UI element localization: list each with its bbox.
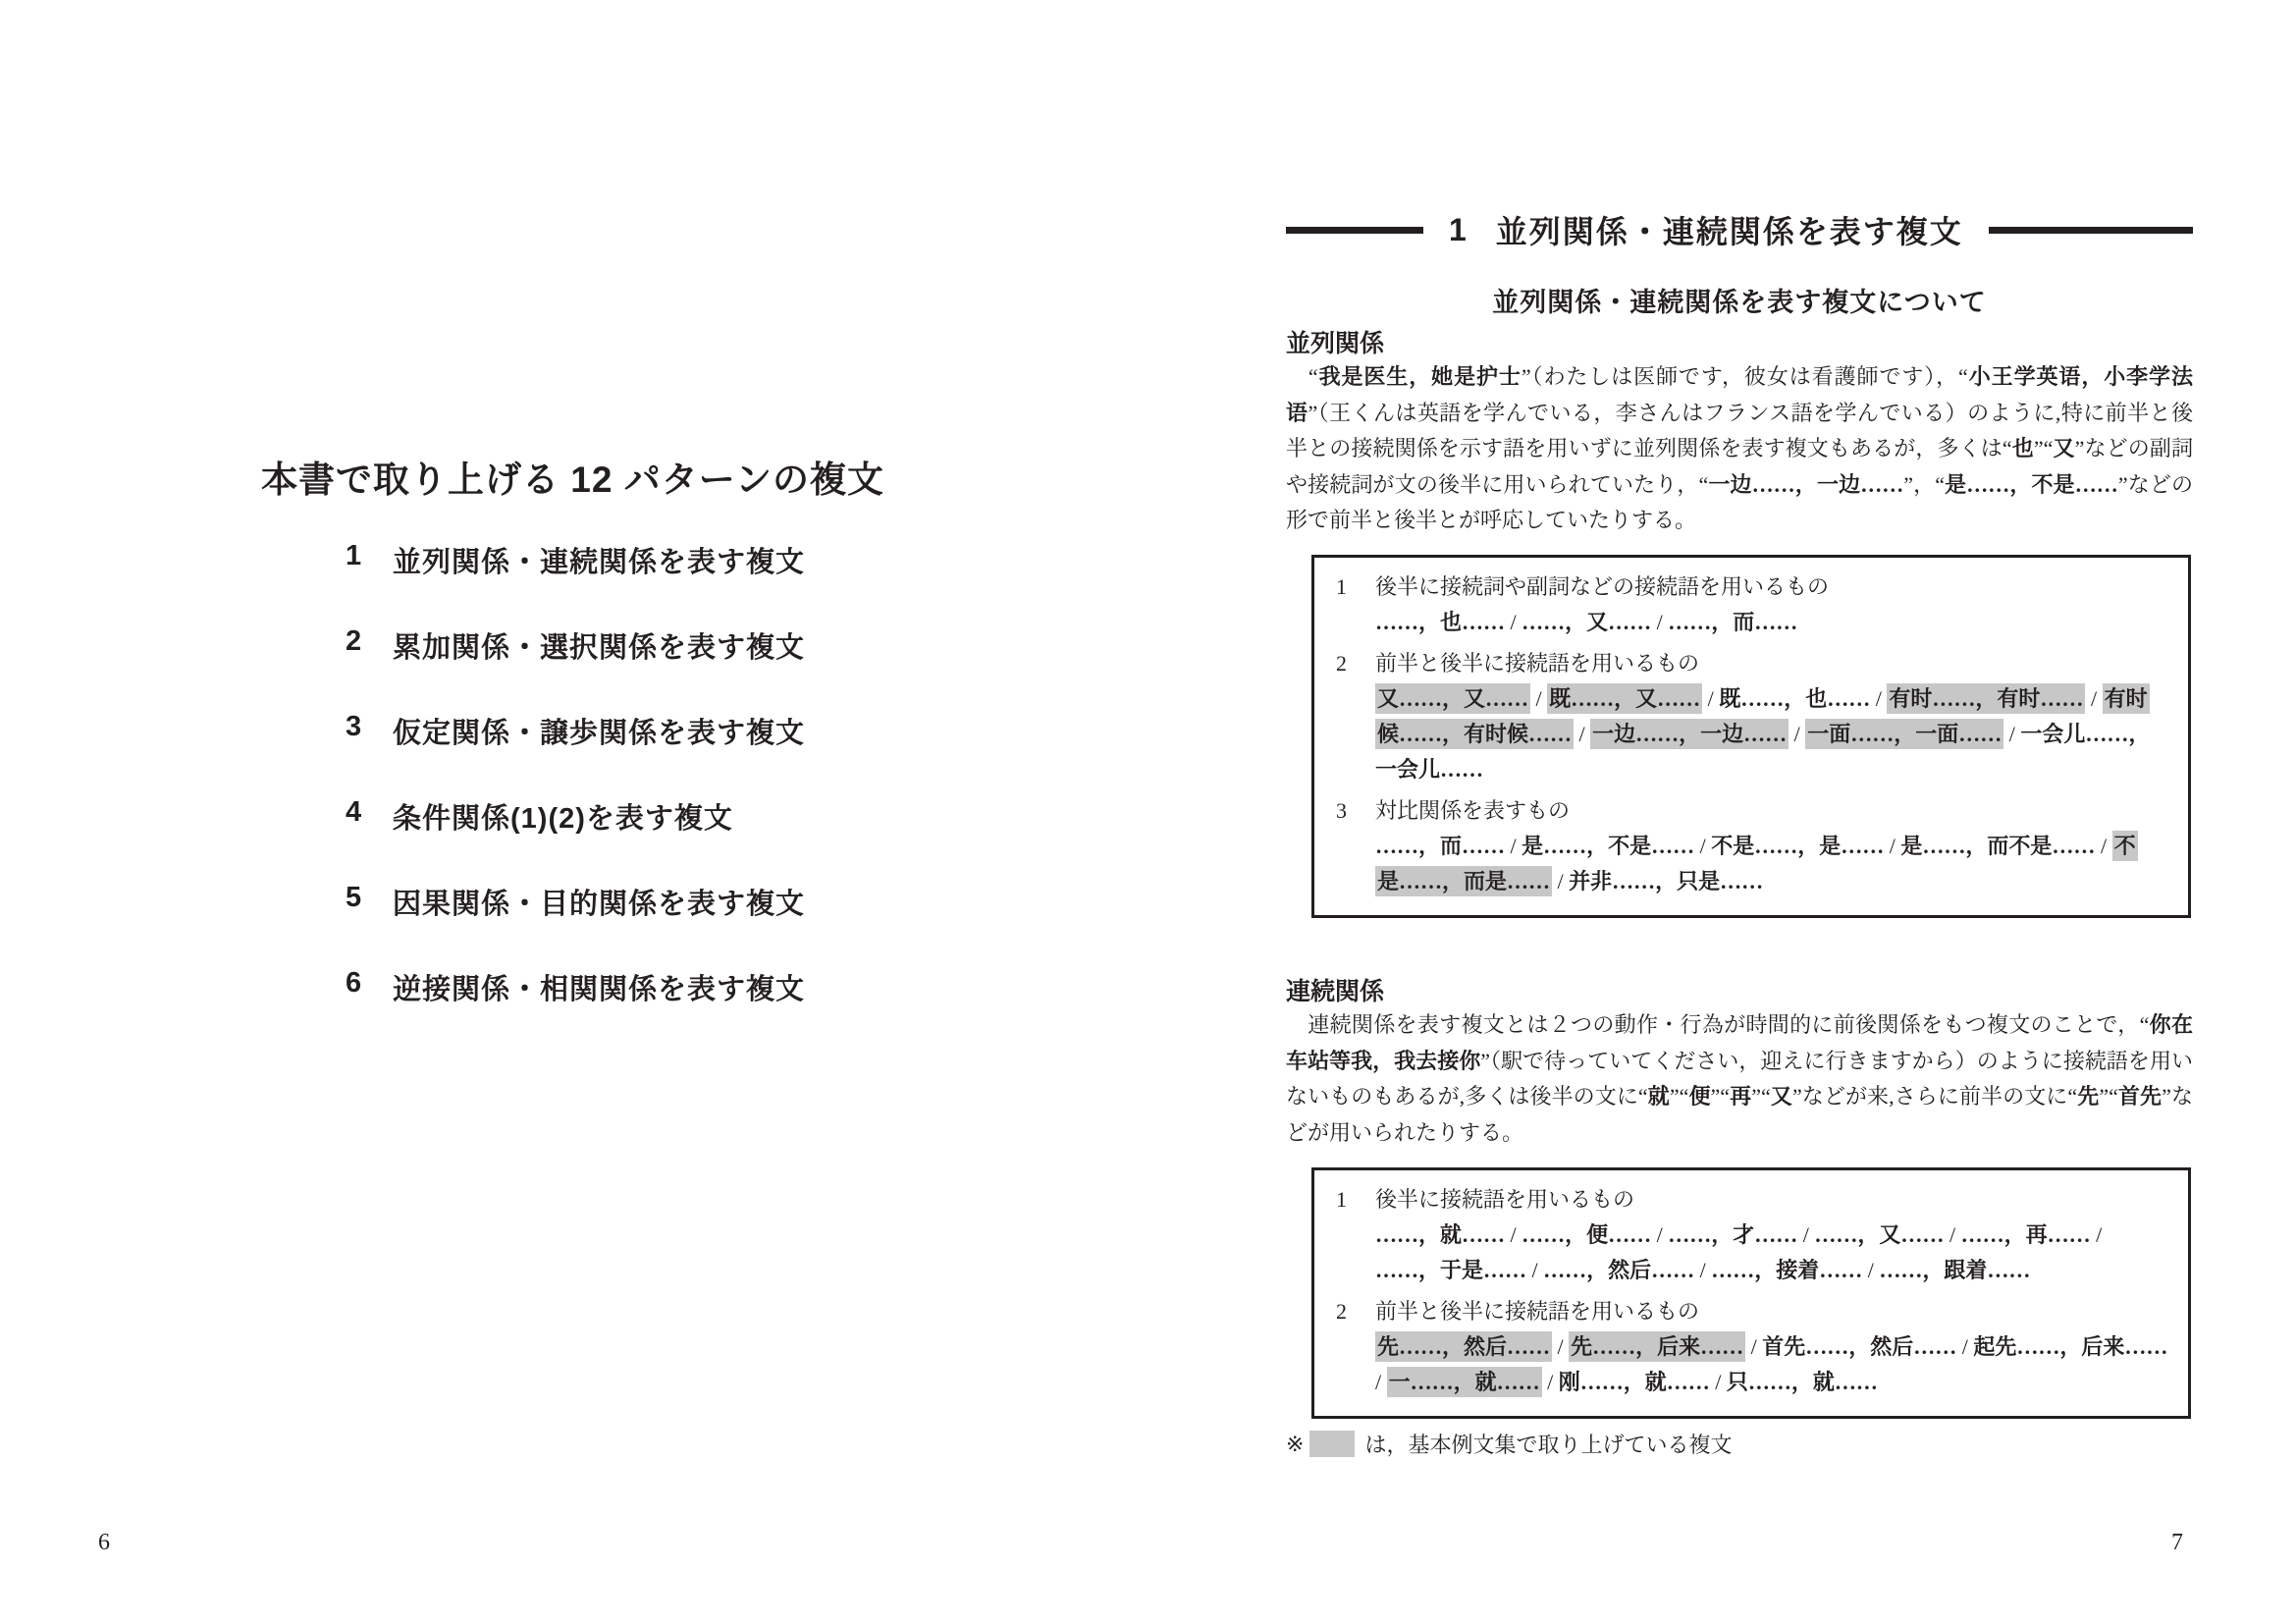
list-item-label: 仮定関係・譲歩関係を表す複文 (393, 711, 805, 751)
text-segment: ”（わたしは医師です，彼女は看護師です），“ (1522, 364, 1968, 389)
text-segment: ”“ (2099, 1084, 2118, 1109)
parallel-pattern-box: 1 後半に接続詞や副詞などの接続語を用いるもの ……，也…… / ……，又…… … (1311, 555, 2191, 918)
text-segment: 有时……，有时…… (1887, 683, 2085, 714)
pattern-group-content: 後半に接続語を用いるもの ……，就…… / ……，便…… / ……，才…… / … (1375, 1182, 2168, 1288)
text-segment: / (1956, 1334, 1973, 1359)
text-segment: 既……，也…… (1719, 686, 1870, 711)
text-segment: / (1862, 1258, 1879, 1282)
text-segment: ”“ (1670, 1084, 1689, 1109)
text-segment: 就 (1648, 1084, 1670, 1109)
highlight-swatch (1309, 1431, 1355, 1457)
text-segment: / (1505, 610, 1522, 634)
sequence-pattern-box: 1 後半に接続語を用いるもの ……，就…… / ……，便…… / ……，才…… … (1311, 1167, 2191, 1419)
list-item-number: 4 (346, 796, 393, 829)
list-item-label: 条件関係(1)(2)を表す複文 (393, 796, 733, 837)
list-item-number: 2 (346, 625, 393, 658)
text-segment: 一边……，一边…… (1708, 472, 1903, 497)
text-segment: ”，“ (1903, 472, 1945, 497)
text-segment: / (2003, 722, 2020, 746)
pattern-group-number: 1 (1336, 1182, 1375, 1288)
text-segment: ”“ (1711, 1084, 1731, 1109)
legend-note: ※ は，基本例文集で取り上げている複文 (1286, 1429, 1732, 1459)
list-item: 3 仮定関係・譲歩関係を表す複文 (346, 711, 805, 796)
book-spread: 本書で取り上げる 12 パターンの複文 1 並列関係・連続関係を表す複文 2 累… (0, 0, 2296, 1624)
list-item: 2 累加関係・選択関係を表す複文 (346, 625, 805, 711)
pattern-line: ……，就…… / ……，便…… / ……，才…… / ……，又…… / ……，再… (1375, 1218, 2168, 1288)
pattern-group-content: 前半と後半に接続語を用いるもの 又……，又…… / 既……，又…… / 既……，… (1375, 646, 2168, 787)
page-number-left: 6 (98, 1530, 110, 1556)
pattern-group-content: 前半と後半に接続語を用いるもの 先……，然后…… / 先……，后来…… / 首先… (1375, 1294, 2168, 1400)
text-segment: 只……，就…… (1727, 1370, 1878, 1394)
text-segment: / (1789, 722, 1805, 746)
pattern-group-number: 2 (1336, 1294, 1375, 1400)
text-segment: / (1530, 686, 1547, 711)
text-segment: 首先 (2118, 1084, 2162, 1109)
pattern-group: 2 前半と後半に接続語を用いるもの 又……，又…… / 既……，又…… / 既…… (1336, 646, 2168, 787)
list-item-number: 5 (346, 882, 393, 914)
text-segment: 先……，然后…… (1375, 1331, 1552, 1362)
text-segment: / (1552, 1334, 1569, 1359)
sequence-body-paragraph: 連続関係を表す複文とは２つの動作・行為が時間的に前後関係をもつ複文のことで，“你… (1286, 1007, 2193, 1151)
text-segment: ……，然后…… (1543, 1258, 1694, 1282)
text-segment: / (1505, 1222, 1522, 1247)
list-item: 6 逆接関係・相関関係を表す複文 (346, 967, 805, 1053)
pattern-group-content: 後半に接続詞や副詞などの接続語を用いるもの ……，也…… / ……，又…… / … (1375, 569, 2168, 640)
pattern-group: 3 対比関係を表すもの ……，而…… / 是……，不是…… / 不是……，是……… (1336, 793, 2168, 899)
text-segment: / (1694, 834, 1711, 858)
text-segment: / (1884, 834, 1900, 858)
text-segment: / (1797, 1222, 1814, 1247)
text-segment: 我是医生，她是护士 (1318, 364, 1522, 389)
text-segment: 是……，而不是…… (1900, 834, 2095, 858)
text-segment: ”などが来,さらに前半の文に“ (1792, 1084, 2077, 1109)
text-segment: 是……，不是…… (1522, 834, 1694, 858)
pattern-group: 1 後半に接続語を用いるもの ……，就…… / ……，便…… / ……，才…… … (1336, 1182, 2168, 1288)
pattern-group-content: 対比関係を表すもの ……，而…… / 是……，不是…… / 不是……，是…… /… (1375, 793, 2168, 899)
text-segment: 并非……，只是…… (1569, 869, 1763, 893)
pattern-line: ……，而…… / 是……，不是…… / 不是……，是…… / 是……，而不是……… (1375, 829, 2168, 899)
text-segment: / (1710, 1370, 1727, 1394)
text-segment: / (1552, 869, 1569, 893)
text-segment: / (1526, 1258, 1543, 1282)
text-segment: 刚……，就…… (1559, 1370, 1710, 1394)
chapter-header: 1 並列関係・連続関係を表す複文 (1286, 208, 2193, 251)
text-segment: ……，又…… (1814, 1222, 1944, 1247)
text-segment: / (1375, 1370, 1387, 1394)
text-segment: 又……，又…… (1375, 683, 1530, 714)
list-item-number: 1 (346, 540, 393, 572)
pattern-line: ……，也…… / ……，又…… / ……，而…… (1375, 605, 2168, 640)
section-subtitle: 並列関係・連続関係を表す複文について (1286, 281, 2193, 319)
list-item-number: 3 (346, 711, 393, 743)
text-segment: ……，便…… (1522, 1222, 1651, 1247)
page-number-right: 7 (2171, 1530, 2183, 1556)
text-segment: / (1694, 1258, 1711, 1282)
text-segment: 先 (2077, 1084, 2099, 1109)
text-segment: ……，于是…… (1375, 1258, 1526, 1282)
text-segment: “ (1286, 364, 1318, 389)
contents-list: 1 並列関係・連続関係を表す複文 2 累加関係・選択関係を表す複文 3 仮定関係… (346, 540, 805, 1053)
pattern-group-heading: 前半と後半に接続語を用いるもの (1375, 646, 2168, 681)
chapter-title: 並列関係・連続関係を表す複文 (1496, 207, 1963, 252)
text-segment: / (1870, 686, 1887, 711)
text-segment: 連続関係を表す複文とは２つの動作・行為が時間的に前後関係をもつ複文のことで，“ (1286, 1012, 2149, 1037)
text-segment: / (2085, 686, 2102, 711)
text-segment: / (2095, 834, 2111, 858)
pattern-group-number: 3 (1336, 793, 1375, 899)
list-item-label: 並列関係・連続関係を表す複文 (393, 540, 805, 580)
list-item-label: 逆接関係・相関関係を表す複文 (393, 967, 805, 1007)
header-rule-right (1989, 227, 2193, 234)
list-item-label: 因果関係・目的関係を表す複文 (393, 882, 805, 922)
text-segment: 起先……，后来…… (1973, 1334, 2167, 1359)
list-item: 1 並列関係・連続関係を表す複文 (346, 540, 805, 625)
text-segment: 又 (1771, 1084, 1792, 1109)
text-segment: / (1651, 610, 1668, 634)
parallel-body-paragraph: “我是医生，她是护士”（わたしは医師です，彼女は看護師です），“小王学英语，小李… (1286, 359, 2193, 539)
pattern-group-heading: 後半に接続語を用いるもの (1375, 1182, 2168, 1218)
text-segment: ……，才…… (1668, 1222, 1797, 1247)
pattern-group-heading: 対比関係を表すもの (1375, 793, 2168, 829)
pattern-group-number: 1 (1336, 569, 1375, 640)
text-segment: ……，而…… (1375, 834, 1505, 858)
text-segment: 先……，后来…… (1569, 1331, 1745, 1362)
text-segment: ……，接着…… (1711, 1258, 1862, 1282)
text-segment: / (1505, 834, 1522, 858)
text-segment: 一……，就…… (1387, 1367, 1542, 1397)
text-segment: / (1702, 686, 1719, 711)
pattern-group: 1 後半に接続詞や副詞などの接続語を用いるもの ……，也…… / ……，又…… … (1336, 569, 2168, 640)
text-segment: 一边……，一边…… (1590, 719, 1789, 749)
text-segment: 不是……，是…… (1711, 834, 1884, 858)
text-segment: 便 (1688, 1084, 1710, 1109)
chapter-number: 1 (1449, 212, 1467, 248)
text-segment: ”“ (2034, 436, 2054, 460)
text-segment: ……，跟着…… (1879, 1258, 2030, 1282)
text-segment: 再 (1730, 1084, 1751, 1109)
sequence-heading: 連続関係 (1286, 972, 1384, 1007)
text-segment: ……，就…… (1375, 1222, 1505, 1247)
text-segment: / (1944, 1222, 1960, 1247)
text-segment: 是……，不是…… (1945, 472, 2118, 497)
text-segment: 也 (2012, 436, 2034, 460)
text-segment: / (2091, 1222, 2103, 1247)
list-item: 5 因果関係・目的関係を表す複文 (346, 882, 805, 967)
parallel-heading: 並列関係 (1286, 324, 1384, 359)
note-text: は，基本例文集で取り上げている複文 (1364, 1429, 1732, 1459)
pattern-group-heading: 後半に接続詞や副詞などの接続語を用いるもの (1375, 569, 2168, 605)
text-segment: / (1651, 1222, 1668, 1247)
text-segment: ……，又…… (1522, 610, 1651, 634)
text-segment: ”“ (1751, 1084, 1771, 1109)
list-item-label: 累加関係・選択関係を表す複文 (393, 625, 805, 666)
left-page-title: 本書で取り上げる 12 パターンの複文 (261, 450, 884, 503)
list-item: 4 条件関係(1)(2)を表す複文 (346, 796, 805, 882)
text-segment: 一面……，一面…… (1805, 719, 2003, 749)
text-segment: 首先……，然后…… (1762, 1334, 1956, 1359)
pattern-group-number: 2 (1336, 646, 1375, 787)
pattern-line: 又……，又…… / 既……，又…… / 既……，也…… / 有时……，有时…… … (1375, 681, 2168, 787)
text-segment: / (1745, 1334, 1762, 1359)
text-segment: / (1574, 722, 1590, 746)
text-segment: 又 (2053, 436, 2074, 460)
note-mark: ※ (1286, 1432, 1304, 1457)
pattern-group: 2 前半と後半に接続語を用いるもの 先……，然后…… / 先……，后来…… / … (1336, 1294, 2168, 1400)
pattern-group-heading: 前半と後半に接続語を用いるもの (1375, 1294, 2168, 1329)
text-segment: / (1542, 1370, 1559, 1394)
text-segment: 既……，又…… (1547, 683, 1702, 714)
text-segment: ……，再…… (1961, 1222, 2091, 1247)
header-rule-left (1286, 227, 1423, 234)
text-segment: ……，也…… (1375, 610, 1505, 634)
text-segment: ……，而…… (1668, 610, 1797, 634)
pattern-line: 先……，然后…… / 先……，后来…… / 首先……，然后…… / 起先……，后… (1375, 1329, 2168, 1400)
list-item-number: 6 (346, 967, 393, 1000)
